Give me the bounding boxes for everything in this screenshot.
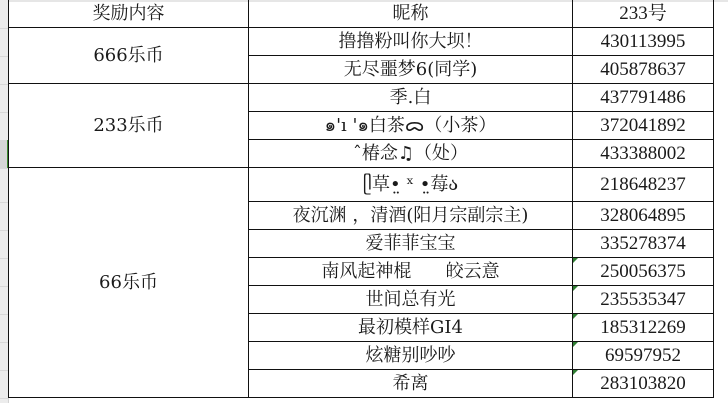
id-value: 283103820 bbox=[600, 373, 686, 394]
nickname-cell[interactable]: 爱菲菲宝宝 bbox=[249, 230, 573, 258]
row-divider bbox=[0, 84, 8, 85]
nickname-cell[interactable]: 无尽噩梦6(同学) bbox=[249, 56, 573, 84]
number-as-text-flag-icon bbox=[573, 258, 578, 263]
nickname-cell[interactable]: ๑'ı '๑白茶ᯅ（小茶） bbox=[249, 112, 573, 140]
header-id[interactable]: 233号 bbox=[573, 0, 714, 28]
row-divider bbox=[0, 342, 8, 343]
nickname-cell[interactable]: 炫糖别吵吵 bbox=[249, 342, 573, 370]
number-as-text-flag-icon bbox=[573, 370, 578, 375]
id-value: 250056375 bbox=[600, 261, 686, 282]
nickname-cell[interactable]: 最初模样GI4 bbox=[249, 314, 573, 342]
nickname-cell[interactable]: 南风起神棍 皎云意 bbox=[249, 258, 573, 286]
id-value: 235535347 bbox=[600, 289, 686, 310]
row-divider bbox=[0, 168, 8, 169]
id-cell[interactable]: 283103820 bbox=[573, 370, 714, 398]
id-cell[interactable]: 433388002 bbox=[573, 140, 714, 168]
id-cell[interactable]: 372041892 bbox=[573, 112, 714, 140]
row-divider bbox=[0, 286, 8, 287]
row-divider bbox=[0, 314, 8, 315]
reward-cell[interactable]: 233乐币 bbox=[9, 84, 249, 168]
id-cell[interactable]: 218648237 bbox=[573, 168, 714, 202]
id-cell[interactable]: 235535347 bbox=[573, 286, 714, 314]
row-divider bbox=[0, 28, 8, 29]
nickname-cell[interactable]: 世间总有光 bbox=[249, 286, 573, 314]
row-divider bbox=[0, 230, 8, 231]
reward-cell[interactable]: 66乐币 bbox=[9, 168, 249, 398]
id-cell[interactable]: 69597952 bbox=[573, 342, 714, 370]
id-cell[interactable]: 328064895 bbox=[573, 202, 714, 230]
header-nickname[interactable]: 昵称 bbox=[249, 0, 573, 28]
row-divider bbox=[0, 56, 8, 57]
id-cell[interactable]: 405878637 bbox=[573, 56, 714, 84]
reward-table: 奖励内容 昵称 233号 666乐币 撸撸粉叫你大坝！ 430113995 无尽… bbox=[8, 0, 714, 398]
number-as-text-flag-icon bbox=[573, 342, 578, 347]
number-as-text-flag-icon bbox=[573, 286, 578, 291]
id-cell[interactable]: 185312269 bbox=[573, 314, 714, 342]
row-divider bbox=[0, 112, 8, 113]
id-cell[interactable]: 335278374 bbox=[573, 230, 714, 258]
row-divider bbox=[0, 370, 8, 371]
id-value: 185312269 bbox=[600, 317, 686, 338]
nickname-cell[interactable]: ᥫ草•̤ ˣ •̤莓ა bbox=[249, 168, 573, 202]
table-row: 666乐币 撸撸粉叫你大坝！ 430113995 bbox=[9, 28, 714, 56]
row-divider bbox=[0, 258, 8, 259]
reward-cell[interactable]: 666乐币 bbox=[9, 28, 249, 84]
nickname-cell[interactable]: 季.白 bbox=[249, 84, 573, 112]
table-row: 233乐币 季.白 437791486 bbox=[9, 84, 714, 112]
id-cell[interactable]: 430113995 bbox=[573, 28, 714, 56]
number-as-text-flag-icon bbox=[573, 314, 578, 319]
id-cell[interactable]: 250056375 bbox=[573, 258, 714, 286]
nickname-cell[interactable]: ˆ椿念♫（处） bbox=[249, 140, 573, 168]
table-row: 66乐币 ᥫ草•̤ ˣ •̤莓ა 218648237 bbox=[9, 168, 714, 202]
nickname-cell[interactable]: 夜沉渊 ，清酒(阳月宗副宗主) bbox=[249, 202, 573, 230]
nickname-cell[interactable]: 希离 bbox=[249, 370, 573, 398]
header-row: 奖励内容 昵称 233号 bbox=[9, 0, 714, 28]
nickname-cell[interactable]: 撸撸粉叫你大坝！ bbox=[249, 28, 573, 56]
row-divider bbox=[0, 202, 8, 203]
id-cell[interactable]: 437791486 bbox=[573, 84, 714, 112]
header-reward[interactable]: 奖励内容 bbox=[9, 0, 249, 28]
row-divider bbox=[0, 398, 8, 399]
id-value: 69597952 bbox=[605, 345, 681, 366]
